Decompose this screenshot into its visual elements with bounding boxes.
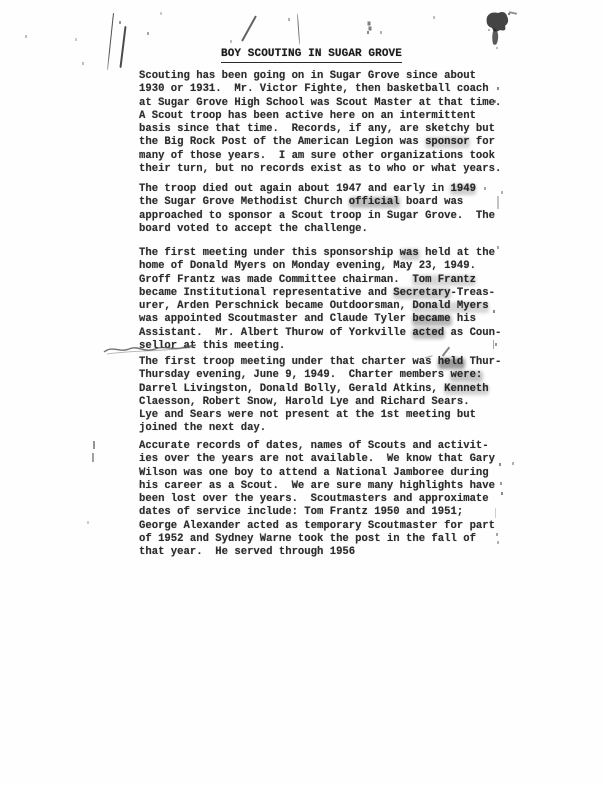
paragraph-4: The first troop meeting under that chart… [139,356,501,436]
paragraph-3: The first meeting under this sponsorship… [139,247,501,353]
curve-mark-artifact [297,13,301,45]
ink-blob-artifact [481,9,517,51]
pen-stroke-artifact [107,13,114,70]
paragraph-2: The troop died out again about 1947 and … [139,183,495,236]
margin-tick-artifact [495,508,496,518]
paragraph-5: Accurate records of dates, names of Scou… [139,440,495,560]
margin-tick-artifact [92,453,94,462]
paper-specks [0,0,2,3]
ink-dash-artifact [509,11,517,15]
margin-tick-artifact [93,441,95,449]
slash-mark-artifact [241,15,257,41]
margin-tick-artifact [497,196,499,209]
scanned-document-page: BOY SCOUTING IN SUGAR GROVE Scouting has… [0,0,604,785]
document-title: BOY SCOUTING IN SUGAR GROVE [221,48,402,63]
pen-stroke-artifact [119,26,126,68]
paragraph-1: Scouting has been going on in Sugar Grov… [139,70,501,176]
